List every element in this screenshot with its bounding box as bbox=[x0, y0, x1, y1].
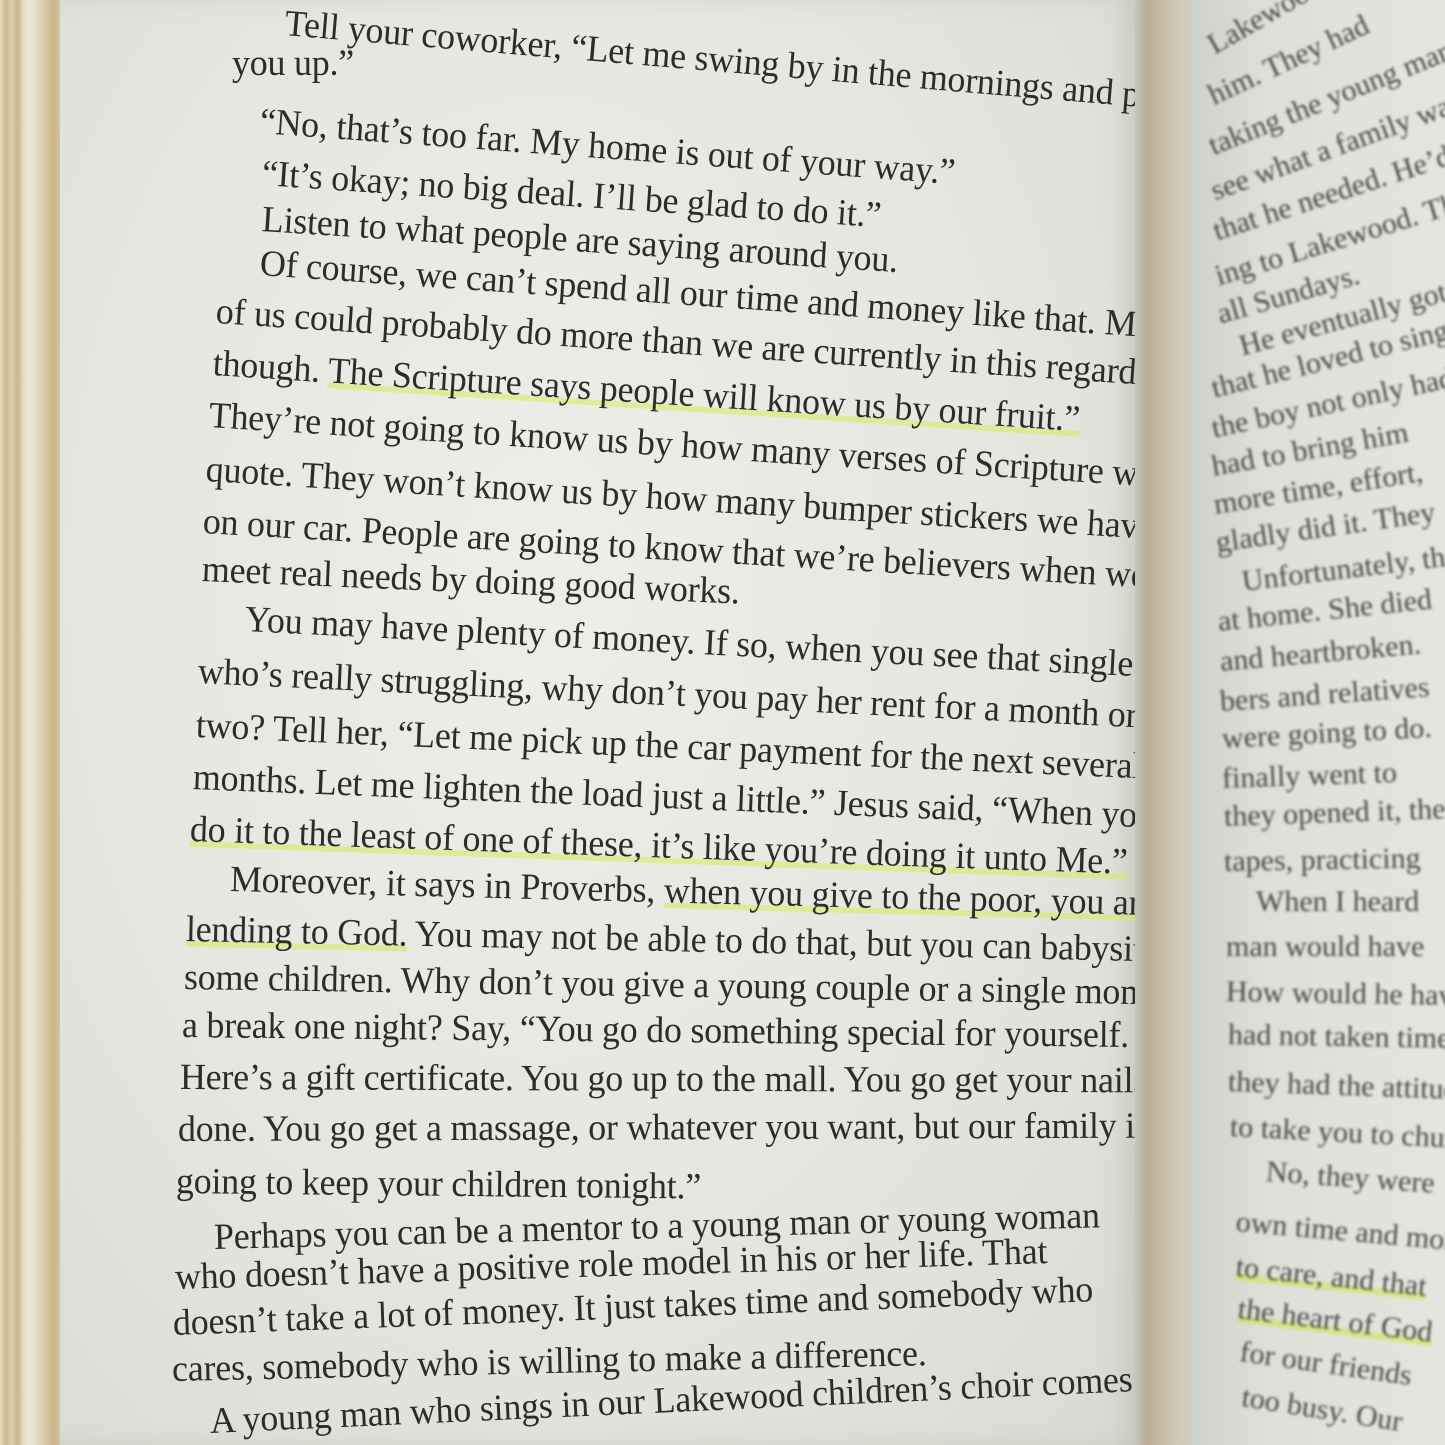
highlighted-text: lending to God. bbox=[186, 909, 408, 955]
text-line: finally went to bbox=[1221, 756, 1397, 796]
text-line: you up.” bbox=[232, 42, 354, 85]
text-line: going to keep your children tonight.” bbox=[176, 1160, 702, 1208]
text-line: had not taken time bbox=[1228, 1018, 1445, 1056]
text-line: they opened it, the bbox=[1223, 792, 1445, 834]
text-line: man would have bbox=[1226, 930, 1424, 964]
text-line: they had the attitude bbox=[1227, 1065, 1445, 1107]
left-page: Tell your coworker, “Let me swing by in … bbox=[60, 0, 1140, 1445]
text-line: were going to do. bbox=[1221, 711, 1432, 756]
text-line: When I heard bbox=[1256, 885, 1419, 919]
text-line: Tell your coworker, “Let me swing by in … bbox=[283, 2, 1140, 120]
text-line: a break one night? Say, “You go do somet… bbox=[182, 1004, 1129, 1057]
text-line: too busy. Our bbox=[1239, 1380, 1405, 1439]
text-line: done. You go get a massage, or whatever … bbox=[178, 1105, 1140, 1151]
text-line: How would he have bbox=[1226, 975, 1445, 1013]
text-line: No, they were bbox=[1265, 1155, 1436, 1201]
book-gutter bbox=[1135, 0, 1195, 1445]
right-page: Lakewoodhim. They hadtaking the young ma… bbox=[1190, 0, 1445, 1445]
text-line: to take you to church bbox=[1229, 1110, 1445, 1157]
text-line: Here’s a gift certificate. You go up to … bbox=[180, 1056, 1140, 1102]
text-line: tapes, practicing bbox=[1224, 842, 1421, 879]
